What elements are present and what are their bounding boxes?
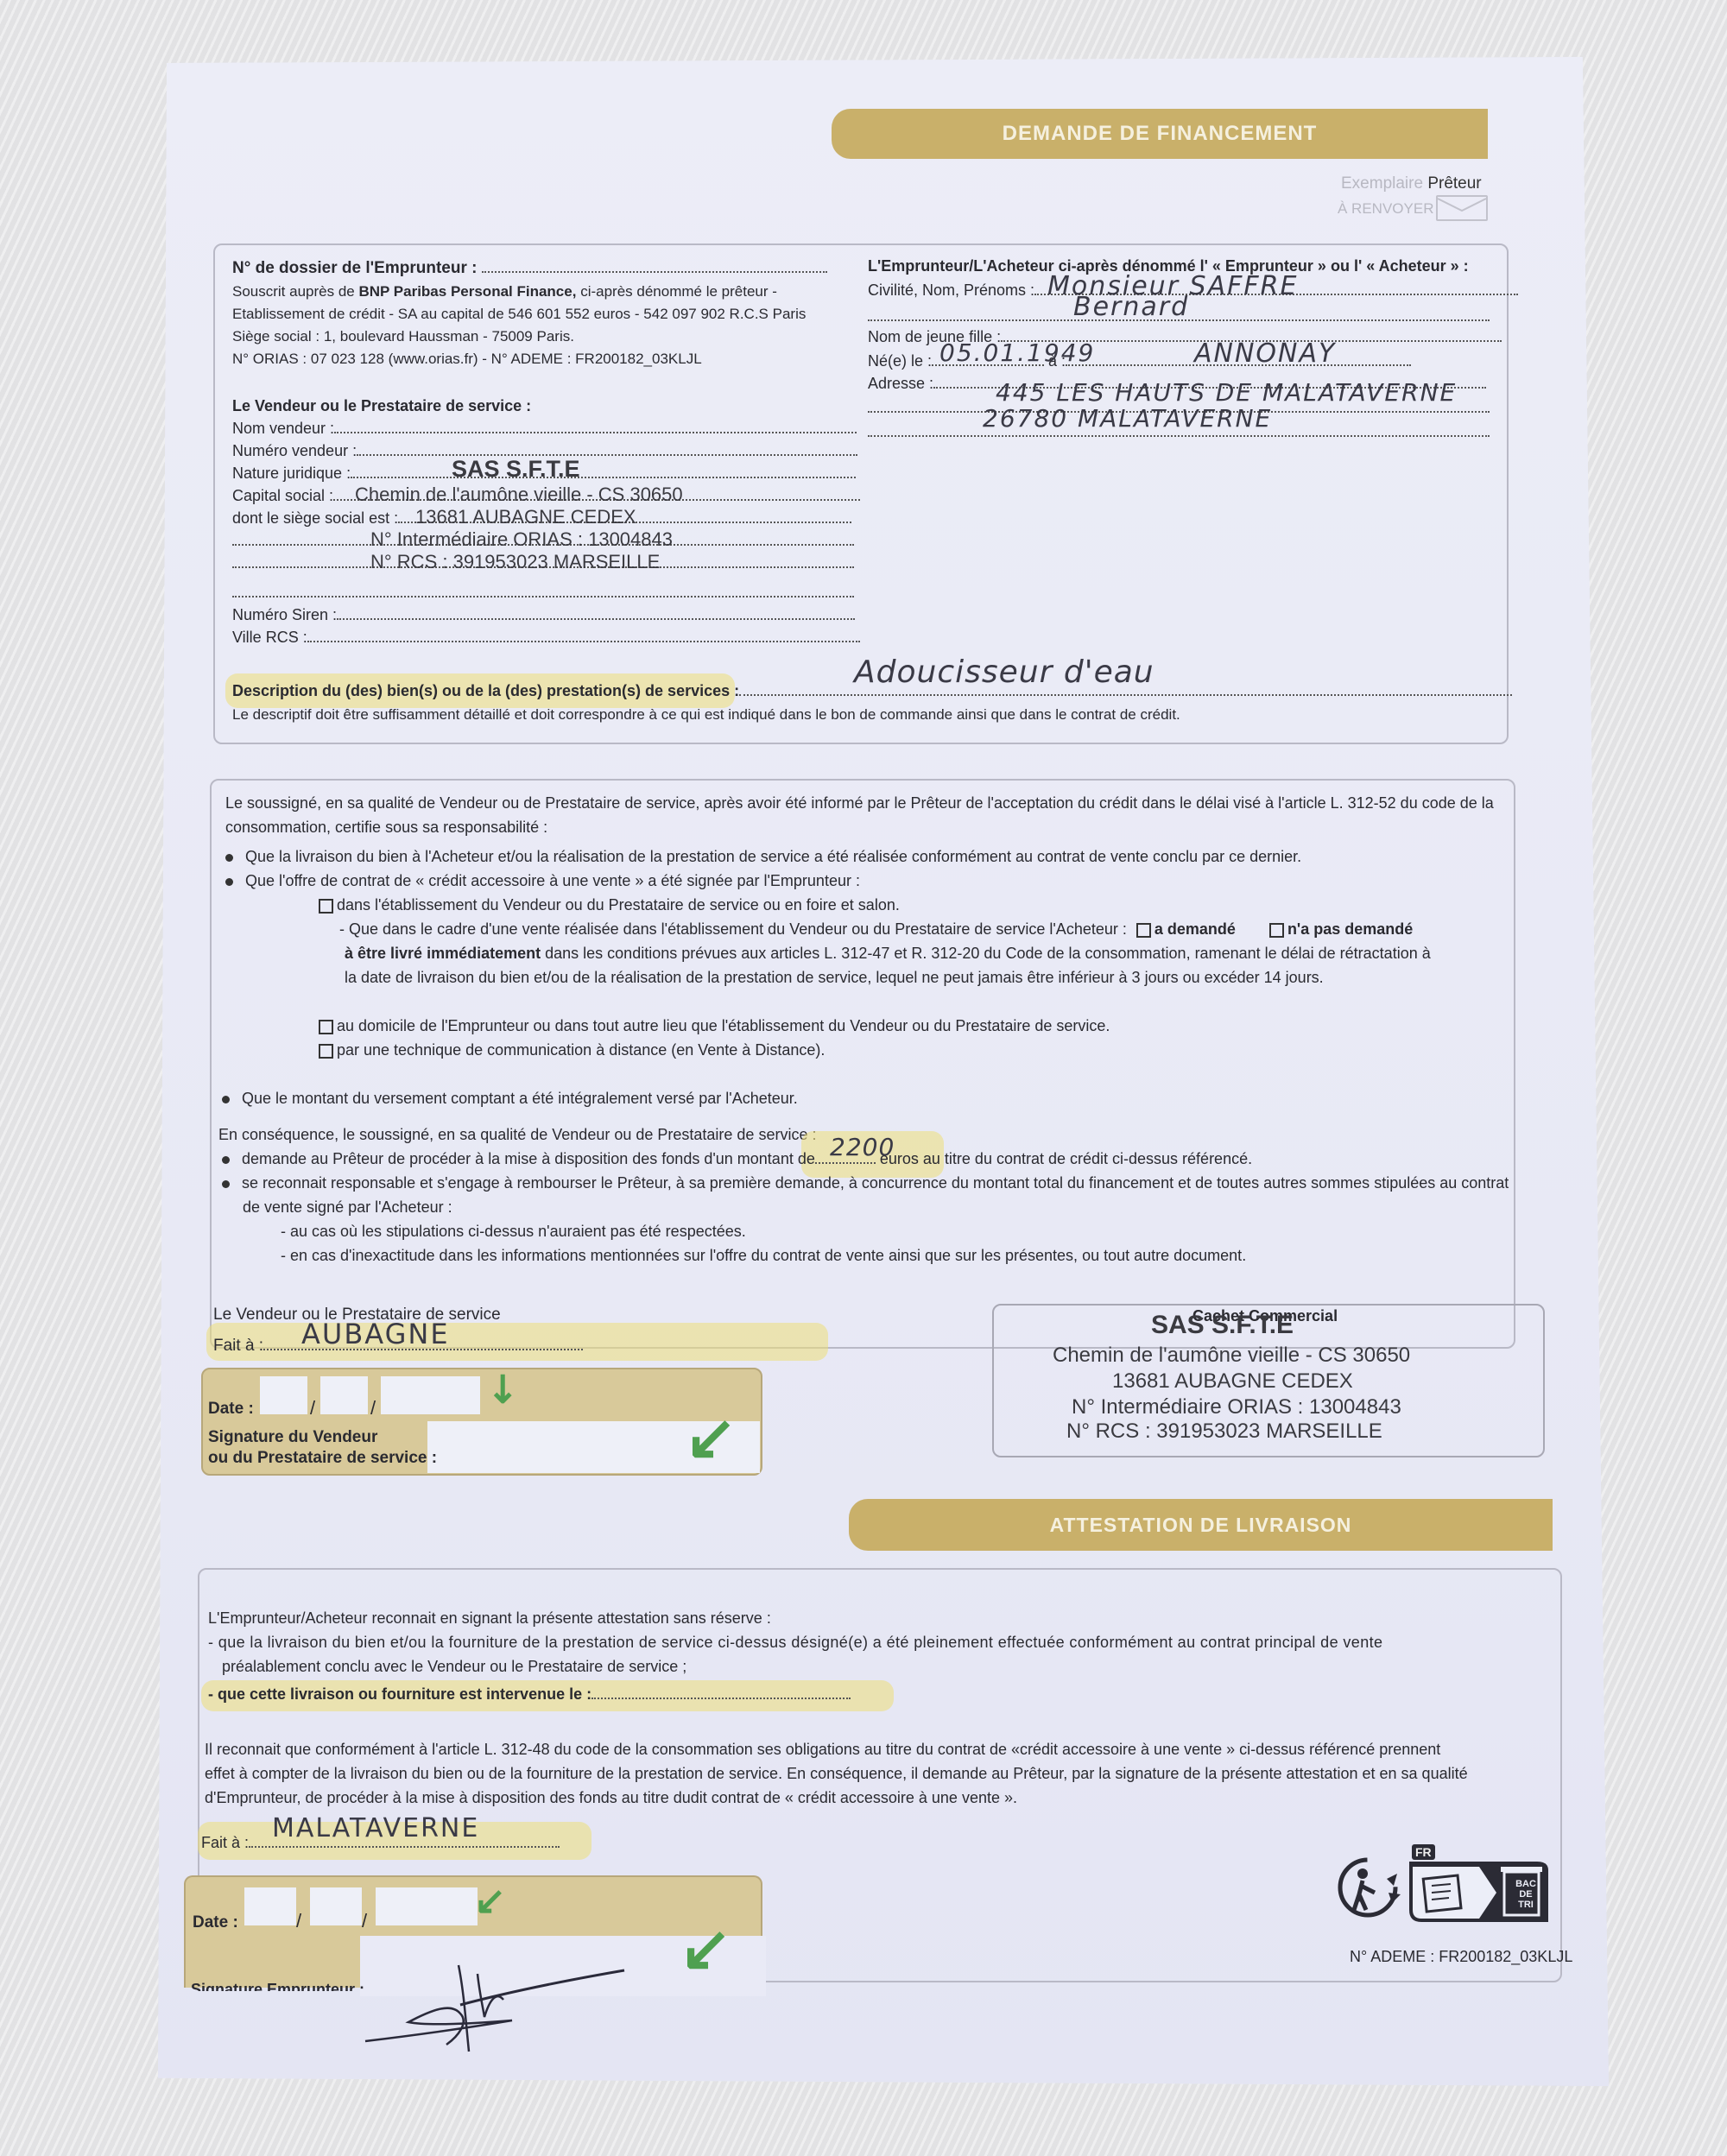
lender-line-4: N° ORIAS : 07 023 128 (www.orias.fr) - N… <box>232 351 702 368</box>
bullet-icon <box>222 1096 230 1103</box>
checkbox-distance[interactable] <box>319 1044 333 1059</box>
responsible-line-1: se reconnait responsable et s'engage à r… <box>222 1174 1509 1192</box>
borrower-signature-label: Signature Emprunteur : <box>191 1981 364 1991</box>
case-line-2: - en cas d'inexactitude dans les informa… <box>281 1247 1246 1265</box>
date-separator: / <box>310 1397 315 1419</box>
return-label: À RENVOYER <box>1338 200 1433 218</box>
vendor-heading: Le Vendeur ou le Prestataire de service … <box>232 397 531 415</box>
vendor-stamp-rcs: N° RCS : 391953023 MARSEILLE <box>370 551 660 573</box>
vendor-stamp-name: SAS S.F.T.E <box>452 456 580 483</box>
banner-title: ATTESTATION DE LIVRAISON <box>1050 1514 1352 1537</box>
checkbox-not-asked[interactable] <box>1269 923 1284 938</box>
sorting-bin-icon: BACDETRI <box>1509 1879 1543 1910</box>
certification-bullet-2: Que l'offre de contrat de « crédit acces… <box>225 872 860 890</box>
option-in-store[interactable]: dans l'établissement du Vendeur ou du Pr… <box>319 896 900 914</box>
consequence-line: En conséquence, le soussigné, en sa qual… <box>218 1126 816 1144</box>
delivery-intro: L'Emprunteur/Acheteur reconnait en signa… <box>208 1609 771 1628</box>
vendor-place-value: AUBAGNE <box>301 1318 450 1350</box>
certification-intro-1: Le soussigné, en sa qualité de Vendeur o… <box>225 794 1494 812</box>
firstname-value: Bernard <box>1073 292 1189 322</box>
cachet-orias: N° Intermédiaire ORIAS : 13004843 <box>1072 1395 1401 1419</box>
vendor-signature-label-1: Signature du Vendeur <box>208 1428 377 1447</box>
borrower-date-label: Date : <box>193 1913 238 1932</box>
option-distance[interactable]: par une technique de communication à dis… <box>319 1041 825 1059</box>
arrow-down-left-icon: ↙ <box>680 1912 731 1984</box>
vendor-date-label: Date : <box>208 1400 254 1419</box>
dossier-label: N° de dossier de l'Emprunteur : <box>232 259 827 278</box>
arrow-down-left-icon: ↙ <box>474 1879 506 1923</box>
ademe-number: N° ADEME : FR200182_03KLJL <box>1350 1948 1572 1966</box>
delivery-point-1b: préalablement conclu avec le Vendeur ou … <box>222 1658 686 1676</box>
vendor-date-month[interactable] <box>320 1376 368 1414</box>
arrow-down-left-icon: ↙ <box>685 1400 737 1473</box>
lender-line-2: Etablissement de crédit - SA au capital … <box>232 306 806 323</box>
vendor-stamp-city: 13681 AUBAGNE CEDEX <box>415 506 636 528</box>
case-line-1: - au cas où les stipulations ci-dessus n… <box>281 1223 746 1241</box>
vendor-stamp-address: Chemin de l'aumône vieille - CS 30650 <box>355 484 683 506</box>
cachet-company-name: SAS S.F.T.E <box>1151 1311 1294 1340</box>
siren-field[interactable]: Numéro Siren : <box>232 606 855 624</box>
cachet-address: Chemin de l'aumône vieille - CS 30650 <box>1053 1344 1410 1368</box>
date-separator: / <box>370 1397 376 1419</box>
bullet-icon <box>225 878 233 886</box>
certification-bullet-3: Que le montant du versement comptant a é… <box>222 1090 798 1108</box>
borrower-place-value: MALATAVERNE <box>272 1813 479 1843</box>
vendor-date-year[interactable] <box>381 1376 480 1414</box>
address-value-2: 26780 MALATAVERNE <box>983 404 1272 433</box>
address-value-1: 445 LES HAUTS DE MALATAVERNE <box>996 378 1457 407</box>
certification-intro-2: consommation, certifie sous sa responsab… <box>225 819 547 837</box>
immediate-delivery-line: - Que dans le cadre d'une vente réalisée… <box>339 920 1413 939</box>
immediate-delivery-line-2: à être livré immédiatement dans les cond… <box>345 945 1431 963</box>
borrower-date-day[interactable] <box>244 1887 296 1925</box>
vendor-extra-line-3 <box>232 584 854 603</box>
lender-line-1: Souscrit auprès de BNP Paribas Personal … <box>232 283 777 300</box>
delivery-para-1: Il reconnait que conformément à l'articl… <box>205 1741 1440 1759</box>
description-value: Adoucisseur d'eau <box>854 654 1154 690</box>
birth-place-value: ANNONAY <box>1194 338 1336 369</box>
vendor-stamp-orias: N° Intermédiaire ORIAS : 13004843 <box>370 528 673 551</box>
option-home[interactable]: au domicile de l'Emprunteur ou dans tout… <box>319 1017 1110 1035</box>
cachet-rcs: N° RCS : 391953023 MARSEILLE <box>1066 1419 1382 1444</box>
checkbox-home[interactable] <box>319 1020 333 1034</box>
checkbox-asked[interactable] <box>1136 923 1151 938</box>
borrower-signature <box>357 1939 633 2060</box>
birth-date-value: 05.01.1949 <box>939 338 1095 367</box>
banner-demande-financement: DEMANDE DE FINANCEMENT <box>832 109 1488 159</box>
certification-bullet-1: Que la livraison du bien à l'Acheteur et… <box>225 848 1301 866</box>
rcs-city-field[interactable]: Ville RCS : <box>232 629 860 647</box>
responsible-line-2: de vente signé par l'Acheteur : <box>243 1198 452 1217</box>
delivery-para-2: effet à compter de la livraison du bien … <box>205 1765 1468 1783</box>
delivery-date-field[interactable]: - que cette livraison ou fourniture est … <box>208 1685 851 1704</box>
copy-label: Exemplaire Prêteur <box>1341 174 1482 193</box>
envelope-icon <box>1436 195 1488 221</box>
vendor-signature-label-2: ou du Prestataire de service : <box>208 1449 437 1468</box>
funds-request-line: demande au Prêteur de procéder à la mise… <box>222 1150 1252 1168</box>
banner-title: DEMANDE DE FINANCEMENT <box>1003 122 1318 146</box>
delivery-point-1a: - que la livraison du bien et/ou la four… <box>208 1634 1382 1652</box>
vendor-date-day[interactable] <box>260 1376 307 1414</box>
cachet-city: 13681 AUBAGNE CEDEX <box>1112 1369 1353 1394</box>
bullet-icon <box>222 1180 230 1188</box>
delivery-para-3: d'Emprunteur, de procéder à la mise à di… <box>205 1789 1017 1807</box>
date-separator: / <box>296 1910 301 1932</box>
borrower-date-month[interactable] <box>310 1887 362 1925</box>
lender-line-3: Siège social : 1, boulevard Haussman - 7… <box>232 328 574 345</box>
bullet-icon <box>222 1156 230 1164</box>
description-note: Le descriptif doit être suffisamment dét… <box>232 706 1180 724</box>
vendor-name-field[interactable]: Nom vendeur : <box>232 420 857 438</box>
borrower-date-year[interactable] <box>376 1887 478 1925</box>
date-separator: / <box>362 1910 367 1932</box>
immediate-delivery-line-3: la date de livraison du bien et/ou de la… <box>345 969 1324 987</box>
checkbox-in-store[interactable] <box>319 899 333 914</box>
banner-attestation-livraison: ATTESTATION DE LIVRAISON <box>849 1499 1553 1551</box>
country-badge: FR <box>1412 1844 1435 1860</box>
bullet-icon <box>225 854 233 862</box>
financing-request-form: DEMANDE DE FINANCEMENT Exemplaire Prêteu… <box>158 57 1609 2086</box>
amount-value: 2200 <box>830 1133 895 1161</box>
